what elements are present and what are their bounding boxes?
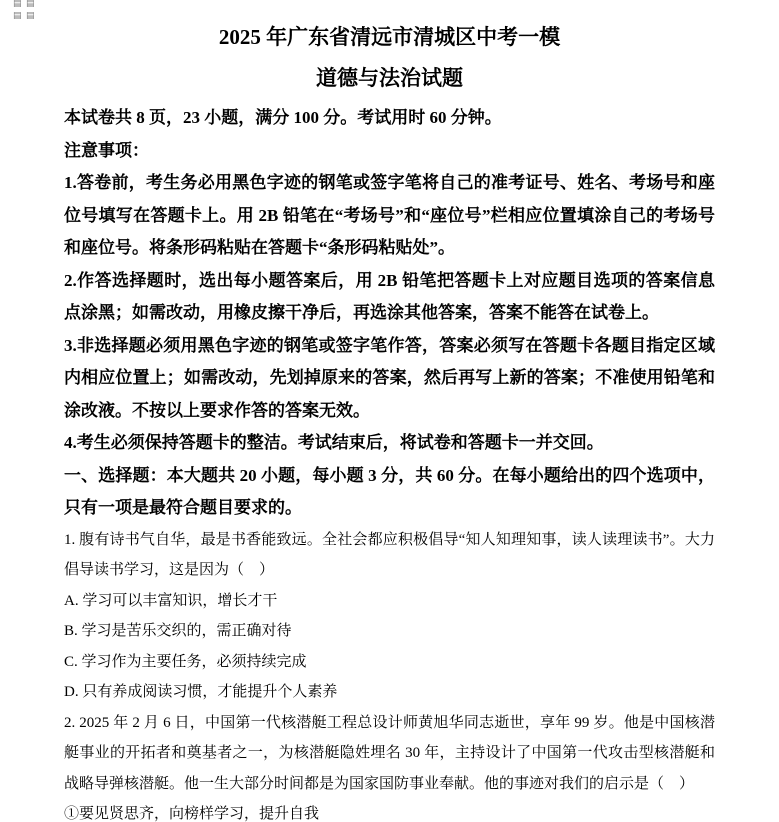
exam-instructions: 本试卷共 8 页，23 小题，满分 100 分。考试用时 60 分钟。 注意事项… xyxy=(64,102,715,525)
notes-heading: 注意事项： xyxy=(64,135,715,168)
question-2-statement-1: ①要见贤思齐，向榜样学习，提升自我 xyxy=(64,799,715,822)
document-content: 2025 年广东省清远市清城区中考一模 道德与法治试题 本试卷共 8 页，23 … xyxy=(0,0,779,822)
note-item-3: 3.非选择题必须用黑色字迹的钢笔或签字笔作答，答案必须写在答题卡各题目指定区域内… xyxy=(64,330,715,428)
broken-glyph-cluster: ▤ ▤ ▤ ▤ xyxy=(13,0,39,21)
section-heading: 一、选择题：本大题共 20 小题，每小题 3 分，共 60 分。在每小题给出的四… xyxy=(64,460,715,525)
question-1-option-a: A. 学习可以丰富知识，增长才干 xyxy=(64,586,715,617)
question-1-option-c: C. 学习作为主要任务，必须持续完成 xyxy=(64,647,715,678)
broken-glyph-icon: ▤ xyxy=(26,0,39,9)
document-page: ▤ ▤ ▤ ▤ 2025 年广东省清远市清城区中考一模 道德与法治试题 本试卷共… xyxy=(0,0,779,822)
exam-info-line: 本试卷共 8 页，23 小题，满分 100 分。考试用时 60 分钟。 xyxy=(64,102,715,135)
note-item-1: 1.答卷前，考生务必用黑色字迹的钢笔或签字笔将自己的准考证号、姓名、考场号和座位… xyxy=(64,167,715,265)
exam-subtitle: 道德与法治试题 xyxy=(64,65,715,91)
question-1: 1. 腹有诗书气自华，最是书香能致远。全社会都应积极倡导“知人知理知事，读人读理… xyxy=(64,525,715,708)
note-item-4: 4.考生必须保持答题卡的整洁。考试结束后，将试卷和答题卡一并交回。 xyxy=(64,427,715,460)
note-item-2: 2.作答选择题时，选出每小题答案后，用 2B 铅笔把答题卡上对应题目选项的答案信… xyxy=(64,265,715,330)
question-stem: 1. 腹有诗书气自华，最是书香能致远。全社会都应积极倡导“知人知理知事，读人读理… xyxy=(64,525,715,586)
question-1-option-b: B. 学习是苦乐交织的，需正确对待 xyxy=(64,616,715,647)
question-2: 2. 2025 年 2 月 6 日，中国第一代核潜艇工程总设计师黄旭华同志逝世，… xyxy=(64,708,715,822)
exam-title: 2025 年广东省清远市清城区中考一模 xyxy=(64,0,715,50)
broken-glyph-icon: ▤ xyxy=(26,12,39,21)
broken-glyph-icon: ▤ xyxy=(13,0,26,9)
broken-glyph-icon: ▤ xyxy=(13,12,26,21)
question-stem: 2. 2025 年 2 月 6 日，中国第一代核潜艇工程总设计师黄旭华同志逝世，… xyxy=(64,708,715,800)
question-1-option-d: D. 只有养成阅读习惯，才能提升个人素养 xyxy=(64,677,715,708)
question-list: 1. 腹有诗书气自华，最是书香能致远。全社会都应积极倡导“知人知理知事，读人读理… xyxy=(64,525,715,822)
